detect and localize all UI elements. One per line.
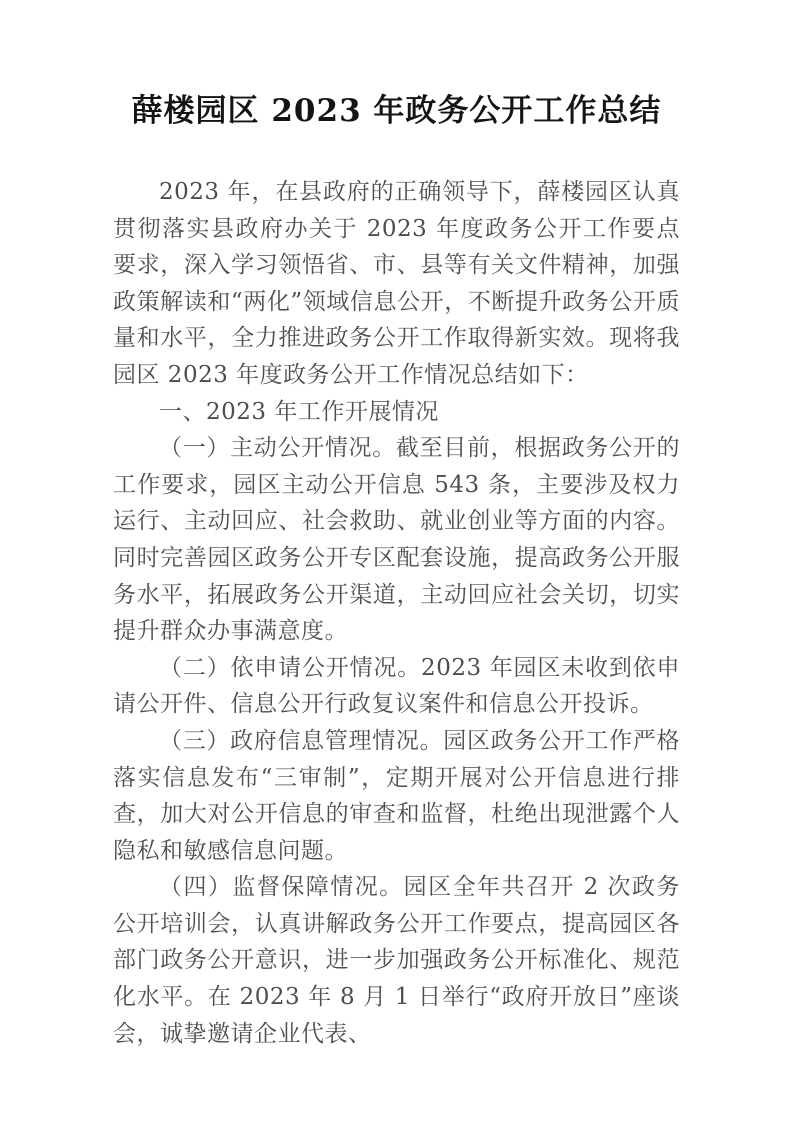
document-page: 薛楼园区 2023 年政务公开工作总结 2023 年，在县政府的正确领导下，薛楼… <box>0 0 793 1122</box>
paragraph-proactive-disclosure: （一）主动公开情况。截至目前，根据政务公开的工作要求，园区主动公开信息 543 … <box>113 430 680 650</box>
document-body: 2023 年，在县政府的正确领导下，薛楼园区认真贯彻落实县政府办关于 2023 … <box>113 174 680 1052</box>
section-1-heading: 一、2023 年工作开展情况 <box>113 394 680 431</box>
document-title: 薛楼园区 2023 年政务公开工作总结 <box>0 0 793 134</box>
paragraph-supervision-guarantee: （四）监督保障情况。园区全年共召开 2 次政务公开培训会，认真讲解政务公开工作要… <box>113 869 680 1052</box>
intro-paragraph: 2023 年，在县政府的正确领导下，薛楼园区认真贯彻落实县政府办关于 2023 … <box>113 174 680 394</box>
paragraph-information-management: （三）政府信息管理情况。园区政务公开工作严格落实信息发布“三审制”，定期开展对公… <box>113 723 680 869</box>
paragraph-disclosure-upon-request: （二）依申请公开情况。2023 年园区未收到依申请公开件、信息公开行政复议案件和… <box>113 650 680 723</box>
